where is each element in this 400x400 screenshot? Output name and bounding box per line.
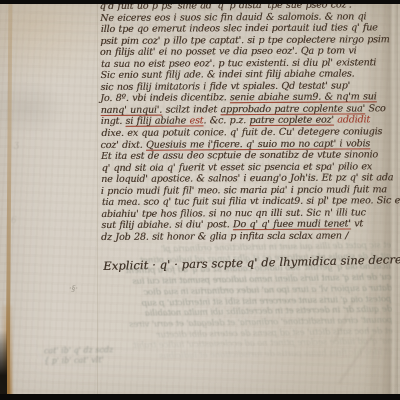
bleedthrough-line: ponunt' circa iurisdictione' ordinaria' …	[96, 315, 392, 331]
ink-text: q' qnd sit oia q' fuerit vt esset sic ps…	[102, 161, 372, 174]
text-line: Jo. 8º. vbi indeis dicentibz. senie abia…	[100, 92, 392, 105]
bleedthrough-line: et de hoc satis dictu' est ad psens de c…	[97, 326, 393, 342]
ink-text: i pncio mudi fuit fil' meo. sic maria pi…	[101, 184, 387, 197]
right-crease	[380, 0, 398, 400]
ink-text: Jo. 8º. vbi indeis dicentibz.	[100, 93, 230, 105]
ink-text: sut filij abiahe. si diu' post.	[101, 220, 233, 232]
bleedthrough-line: ait q' de singlis pbz iudicare ac si qlb…	[95, 251, 391, 267]
rubric-underlined-text: approbado patre coplente sua'	[220, 103, 365, 115]
right-crease-soft	[370, 0, 378, 400]
page-edge-line	[6, 0, 13, 400]
text-line: Ne eiceres eos i suos sic fin dauid & sa…	[100, 11, 392, 24]
text-line: ingt. si filij abiahe est. &c. p.z. patr…	[101, 115, 393, 128]
ink-text: on filijs alit' ei no posset ve dia pseo…	[100, 46, 357, 59]
bleedthrough-block: et sic patet de illis qui sunt in iurisd…	[95, 240, 393, 363]
letterbox-bottom	[0, 394, 400, 400]
margin-mark-lower: 6	[11, 216, 17, 226]
bleedthrough-line: licet no oia q' gerunt' sub iudicio cada…	[95, 262, 391, 278]
ink-text: abiahiu' tpe hos filios. si no nuc qn il…	[101, 207, 365, 220]
parchment-page: q'd fuit uo p ps' sine ad' q' p dista' t…	[0, 0, 400, 400]
ink-text: . &c. p.z.	[203, 116, 249, 127]
rubric-underlined-text: Do q' q' fuee mudi tenet'	[233, 219, 351, 231]
text-line: i pncio mudi fuit fil' meo. sic maria pi…	[101, 184, 393, 197]
margin-note: cat' ib' q' dz scdz{ p' ib' cat' vlt'	[44, 344, 214, 367]
text-line: tia mea. sco q' tuc fuit sui filia vt in…	[102, 196, 394, 209]
margin-mark-upper: ʒ	[14, 140, 19, 150]
rubric-underlined-text: patre coplete eoz'	[249, 115, 333, 127]
rubric-red-text: addidit	[334, 115, 370, 126]
rubric-underlined-text: si filij abiahe	[125, 116, 189, 127]
ink-text: tia mea. sco q' tuc fuit sui filia vt in…	[102, 195, 400, 208]
text-line: sic nos filij imitatoris i fide vt spial…	[100, 80, 392, 93]
wrinkle-mark	[338, 334, 374, 384]
paraph-mark: ·§·	[69, 284, 78, 293]
ink-text: dixe. ex qua potuit conice. q' fuit de. …	[101, 126, 382, 139]
ink-text: psit pim coz' p illo tpe captat'. si p t…	[100, 34, 389, 47]
text-line: abiahiu' tpe hos filios. si no nuc qn il…	[101, 207, 393, 220]
text-line: on filijs alit' ei no posset ve dia pseo…	[100, 45, 392, 58]
ink-text: Sic enio sunt filij ade. & indei sint fi…	[100, 69, 354, 82]
text-line: q' qnd sit oia q' fuerit vt esset sic ps…	[102, 161, 394, 174]
ink-text: coz' dixt.	[100, 139, 146, 150]
text-line: dixe. ex qua potuit conice. q' fuit de. …	[101, 126, 393, 139]
bleedthrough-line: datur a supiori vl' a iure ipo na' iudex…	[96, 283, 392, 299]
bleedthrough-line: na' q' ad iudice seclare ptinet no ad ec…	[97, 337, 393, 353]
margin-note-line: cat' ib' q' dz scdz	[44, 344, 214, 357]
text-line: Sic enio sunt filij ade. & indei sint fi…	[100, 68, 392, 81]
rubric-underlined-text: senie abiahe sum9. & nq'm sui	[230, 92, 377, 104]
margin-note-line: { p' ib' cat' vlt'	[44, 354, 214, 367]
ink-text: Et ita est de assu deo scptuie de sonati…	[101, 149, 378, 162]
ink-text: ingt.	[101, 116, 126, 127]
bleedthrough-line: cu' de his q' sunt iuris alieni nemo iud…	[96, 273, 392, 289]
text-line: coz' dixt. Quesiuis me i'ficere. q' suio…	[100, 138, 392, 151]
ink-text: Ne eiceres eos i suos sic fin dauid & sa…	[100, 11, 366, 24]
manuscript-photo: q'd fuit uo p ps' sine ad' q' p dista' t…	[0, 0, 400, 400]
bleedthrough-line: potest oia q' iuris sunt exercere nisi s…	[95, 294, 391, 310]
rubric-underlined-text: est	[189, 116, 203, 127]
explicit-line: Explicit · q' · pars scpte q' de lhymidi…	[103, 252, 399, 273]
text-line: sut filij abiahe. si diu' post. Do q' q'…	[101, 219, 393, 232]
main-text-block: q'd fuit uo p ps' sine ad' q' p dista' t…	[100, 0, 393, 243]
page-edge-shadow	[3, 305, 12, 400]
ink-text: dz Job 28. sit honor & glia p infita scl…	[101, 230, 348, 243]
rubric-underlined-text: Quesiuis me i'ficere. q' suio mo no capt…	[146, 138, 370, 150]
ink-text: vt	[351, 219, 363, 230]
ink-text: ta sua no eist pseo eoz'. p tuc existent…	[101, 57, 376, 70]
text-line: illo tpe qo emerut indeos slec indei por…	[101, 22, 393, 35]
text-line: ta sua no eist pseo eoz'. p tuc existent…	[101, 57, 393, 70]
letterbox-top	[0, 0, 400, 4]
text-line: Et ita est de assu deo scptuie de sonati…	[101, 149, 393, 162]
text-line: dz Job 28. sit honor & glia p infita scl…	[101, 230, 393, 243]
bleedthrough-line: et sic patet de illis qui sunt in iurisd…	[95, 240, 391, 256]
wrinkle-mark	[334, 296, 357, 342]
ink-text: ne loquid' apostice. & salnos' i euang'o…	[101, 172, 393, 185]
ink-text: illo tpe qo emerut indeos slec indei por…	[101, 22, 378, 35]
margin-ruling-line	[97, 0, 98, 394]
text-line: nanq' unqui'. scilzt indet approbado pat…	[101, 103, 393, 116]
text-line: ne loquid' apostice. & salnos' i euang'o…	[101, 172, 393, 185]
ink-text: Sco	[365, 103, 386, 114]
bottom-left-shadow	[0, 330, 7, 400]
text-line: psit pim coz' p illo tpe captat'. si p t…	[100, 34, 392, 47]
ink-text: scilzt indet	[162, 104, 220, 115]
ink-text: sic nos filij imitatoris i fide vt spial…	[100, 80, 350, 93]
bleedthrough-line: et ideo hic finis huius partis de iurisd…	[97, 347, 393, 363]
rubric-underlined-text: nanq' unqui'.	[101, 105, 162, 116]
bleedthrough-line: de quibz dr' in decretis et in decretali…	[96, 305, 392, 321]
